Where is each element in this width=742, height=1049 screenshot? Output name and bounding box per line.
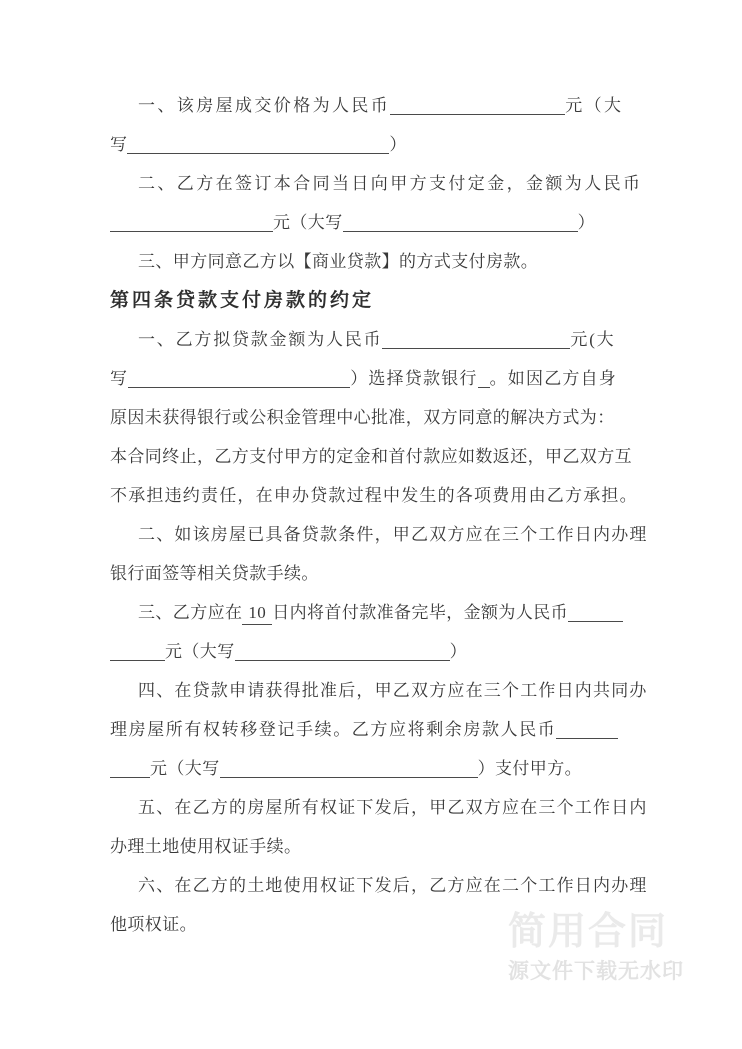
- watermark-subtitle: 源文件下载无水印: [508, 960, 684, 984]
- text-segment: 。如因乙方自身: [490, 369, 617, 388]
- clause-transfer-line-2: 理房屋所有权转移登记手续。乙方应将剩余房款人民币: [110, 710, 634, 749]
- text-segment: 三、甲方同意乙方以【商业贷款】的方式支付房款。: [138, 252, 538, 271]
- blank-underline-field: [110, 757, 150, 778]
- filled-underline-field: 10: [242, 603, 272, 625]
- clause-payment-method: 三、甲方同意乙方以【商业贷款】的方式支付房款。: [110, 242, 634, 281]
- text-segment: 元（大写: [165, 642, 235, 661]
- clause-loan-condition-line-1: 二、如该房屋已具备贷款条件，甲乙双方应在三个工作日内办理: [110, 515, 634, 554]
- text-segment: 元(大: [570, 330, 615, 349]
- blank-underline-field: [478, 367, 490, 388]
- clause-loan-amount-line-5: 不承担违约责任，在申办贷款过程中发生的各项费用由乙方承担。: [110, 476, 634, 515]
- clause-loan-amount-line-1: 一、乙方拟贷款金额为人民币元(大: [110, 320, 634, 359]
- clause-land-cert-line-1: 五、在乙方的房屋所有权证下发后，甲乙双方应在三个工作日内: [110, 788, 634, 827]
- text-segment: 元（大写: [273, 213, 343, 232]
- clause-downpayment-line-2: 元（大写）: [110, 632, 634, 671]
- clause-price-line-2: 写）: [110, 125, 634, 164]
- text-segment: 写: [110, 369, 128, 388]
- blank-underline-field: [568, 601, 623, 622]
- clause-downpayment-line-1: 三、乙方应在10日内将首付款准备完毕，金额为人民币: [110, 593, 634, 632]
- text-segment: 二、如该房屋已具备贷款条件，甲乙双方应在三个工作日内办理: [138, 525, 648, 544]
- text-segment: ）支付甲方。: [478, 759, 582, 778]
- blank-underline-field: [382, 328, 570, 349]
- clause-transfer-line-3: 元（大写）支付甲方。: [110, 749, 634, 788]
- blank-underline-field: [556, 718, 618, 739]
- blank-underline-field: [127, 133, 389, 154]
- blank-underline-field: [390, 94, 565, 115]
- text-segment: 他项权证。: [110, 915, 197, 934]
- clause-price-line-1: 一、该房屋成交价格为人民币元（大: [110, 86, 634, 125]
- clause-other-cert-line-2: 他项权证。: [110, 905, 634, 944]
- blank-underline-field: [110, 640, 165, 661]
- clause-loan-amount-line-4: 本合同终止，乙方支付甲方的定金和首付款应如数返还，甲乙双方互: [110, 437, 634, 476]
- text-segment: 第四条贷款支付房款的约定: [110, 290, 374, 311]
- text-segment: 一、该房屋成交价格为人民币: [138, 96, 390, 115]
- text-segment: 写: [110, 135, 127, 154]
- blank-underline-field: [128, 367, 350, 388]
- text-segment: 元（大写: [150, 759, 220, 778]
- blank-underline-field: [110, 211, 273, 232]
- text-segment: 三、乙方应在: [138, 603, 242, 622]
- blank-underline-field: [343, 211, 578, 232]
- clause-transfer-line-1: 四、在贷款申请获得批准后，甲乙双方应在三个工作日内共同办: [110, 671, 634, 710]
- blank-underline-field: [235, 640, 450, 661]
- text-segment: 不承担违约责任，在申办贷款过程中发生的各项费用由乙方承担。: [110, 486, 638, 505]
- text-segment: 一、乙方拟贷款金额为人民币: [138, 330, 382, 349]
- text-segment: ）: [389, 135, 406, 154]
- text-segment: ）: [578, 213, 595, 232]
- clause-deposit-line-2: 元（大写）: [110, 203, 634, 242]
- blank-underline-field: [220, 757, 478, 778]
- text-segment: 理房屋所有权转移登记手续。乙方应将剩余房款人民币: [110, 720, 556, 739]
- text-segment: 四、在贷款申请获得批准后，甲乙双方应在三个工作日内共同办: [138, 681, 648, 700]
- clause-loan-amount-line-2: 写）选择贷款银行。如因乙方自身: [110, 359, 634, 398]
- text-segment: 六、在乙方的土地使用权证下发后，乙方应在二个工作日内办理: [138, 876, 648, 895]
- document-lines: 一、该房屋成交价格为人民币元（大写）二、乙方在签订本合同当日向甲方支付定金，金额…: [110, 86, 634, 944]
- text-segment: ）: [450, 642, 467, 661]
- text-segment: 办理土地使用权证手续。: [110, 837, 301, 856]
- clause-loan-amount-line-3: 原因未获得银行或公积金管理中心批准，双方同意的解决方式为：: [110, 398, 634, 437]
- clause-deposit-line-1: 二、乙方在签订本合同当日向甲方支付定金，金额为人民币: [110, 164, 634, 203]
- text-segment: 日内将首付款准备完毕，金额为人民币: [272, 603, 568, 622]
- text-segment: ）选择贷款银行: [350, 369, 477, 388]
- text-segment: 本合同终止，乙方支付甲方的定金和首付款应如数返还，甲乙双方互: [110, 447, 632, 466]
- text-segment: 银行面签等相关贷款手续。: [110, 564, 319, 583]
- clause-other-cert-line-1: 六、在乙方的土地使用权证下发后，乙方应在二个工作日内办理: [110, 866, 634, 905]
- text-segment: 五、在乙方的房屋所有权证下发后，甲乙双方应在三个工作日内: [138, 798, 648, 817]
- clause-loan-condition-line-2: 银行面签等相关贷款手续。: [110, 554, 634, 593]
- contract-page: 一、该房屋成交价格为人民币元（大写）二、乙方在签订本合同当日向甲方支付定金，金额…: [0, 0, 742, 1049]
- text-segment: 二、乙方在签订本合同当日向甲方支付定金，金额为人民币: [138, 174, 642, 193]
- text-segment: 元（大: [565, 96, 623, 115]
- clause-land-cert-line-2: 办理土地使用权证手续。: [110, 827, 634, 866]
- section-heading: 第四条贷款支付房款的约定: [110, 281, 634, 320]
- text-segment: 原因未获得银行或公积金管理中心批准，双方同意的解决方式为：: [110, 408, 615, 427]
